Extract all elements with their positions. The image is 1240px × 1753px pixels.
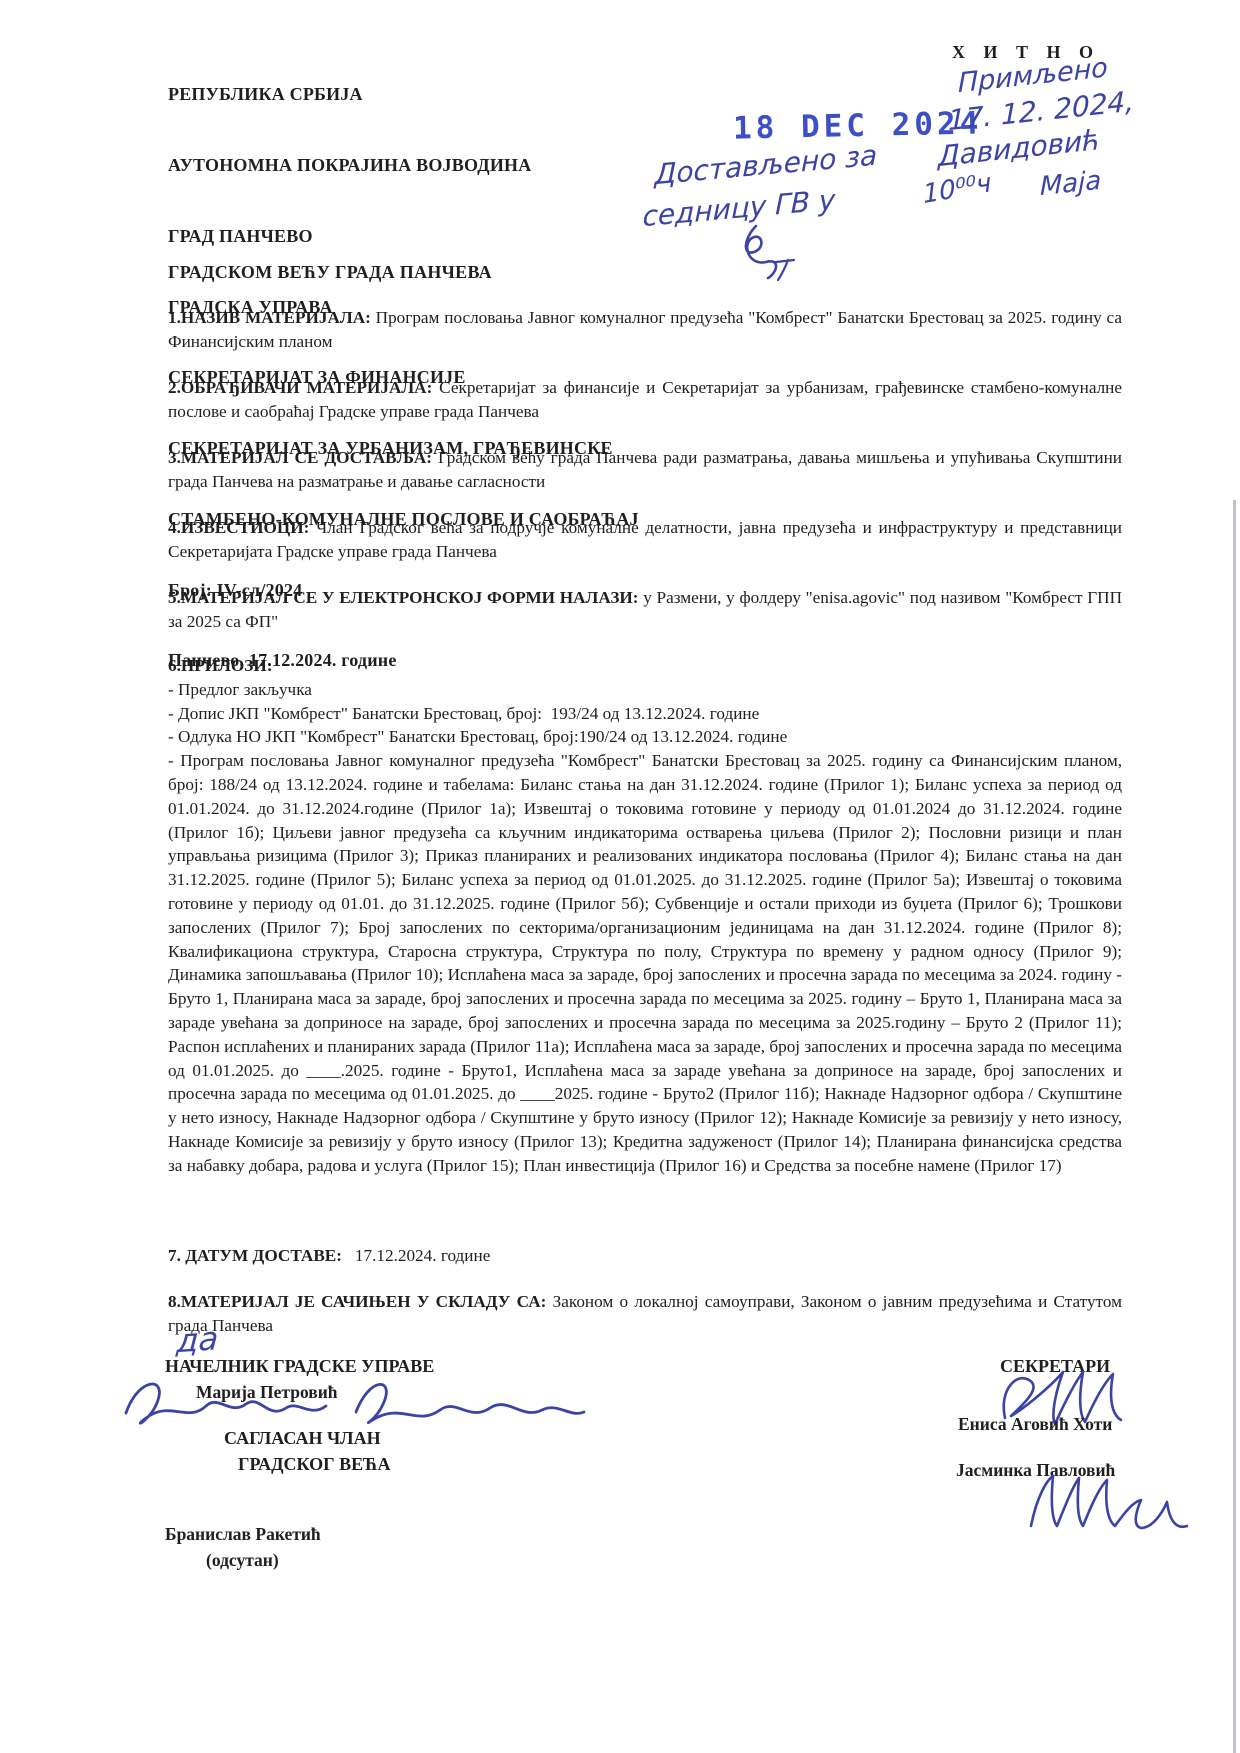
letterhead-line: ГРАД ПАНЧЕВО bbox=[168, 225, 639, 249]
section-7-text: 17.12.2024. године bbox=[342, 1246, 490, 1265]
section-5-label: 5.МАТЕРИЈАЛ СЕ У ЕЛЕКТРОНСКОЈ ФОРМИ НАЛА… bbox=[168, 588, 639, 607]
section-7: 7. ДАТУМ ДОСТАВЕ: 17.12.2024. године bbox=[168, 1244, 1122, 1268]
section-7-label: 7. ДАТУМ ДОСТАВЕ: bbox=[168, 1246, 342, 1265]
section-8-label: 8.МАТЕРИЈАЛ ЈЕ САЧИЊЕН У СКЛАДУ СА: bbox=[168, 1292, 546, 1311]
section-2-label: 2.ОБРАЂИВАЧИ МАТЕРИЈАЛА: bbox=[168, 378, 432, 397]
handwritten-delivered-time: 10⁰⁰ч bbox=[922, 168, 992, 210]
section-6-label: 6.ПРИЛОЗИ: bbox=[168, 654, 1122, 678]
section-5: 5.МАТЕРИЈАЛ СЕ У ЕЛЕКТРОНСКОЈ ФОРМИ НАЛА… bbox=[168, 586, 1122, 634]
secretary1-name: Ениса Аговић Хоти bbox=[958, 1414, 1112, 1435]
handwritten-received-name: Маја bbox=[1040, 166, 1101, 203]
attachment-item: - Одлука НО ЈКП "Комбрест" Банатски Брес… bbox=[168, 725, 1122, 749]
handwritten-delivered-line1: Достављено за bbox=[654, 139, 877, 192]
agree-member-line1: САГЛАСАН ЧЛАН bbox=[224, 1428, 381, 1449]
council-member-name: Бранислав Ракетић bbox=[165, 1524, 321, 1545]
section-4-text: Члан Градског већа за подручје комуналне… bbox=[168, 518, 1122, 561]
attachment-item: - Предлог закључка bbox=[168, 678, 1122, 702]
section-8: 8.МАТЕРИЈАЛ ЈЕ САЧИЊЕН У СКЛАДУ СА: Зако… bbox=[168, 1290, 1122, 1338]
section-4: 4.ИЗВЕСТИОЦИ: Члан Градског већа за подр… bbox=[168, 516, 1122, 564]
section-3: 3.МАТЕРИЈАЛ СЕ ДОСТАВЉА: Градском већу г… bbox=[168, 446, 1122, 494]
scan-edge-shadow bbox=[1233, 500, 1236, 1753]
attachment-list: - Предлог закључка - Допис ЈКП "Комбрест… bbox=[168, 678, 1122, 749]
delivery-note-signature bbox=[718, 222, 828, 282]
attachment-paragraph: - Програм пословања Јавног комуналног пр… bbox=[168, 749, 1122, 1177]
section-2: 2.ОБРАЂИВАЧИ МАТЕРИЈАЛА: Секретаријат за… bbox=[168, 376, 1122, 424]
letterhead-line: РЕПУБЛИКА СРБИЈА bbox=[168, 83, 639, 107]
council-member-absent-note: (одсутан) bbox=[206, 1550, 279, 1571]
letterhead-line: АУТОНОМНА ПОКРАЈИНА ВОЈВОДИНА bbox=[168, 154, 639, 178]
scanned-document-page: РЕПУБЛИКА СРБИЈА АУТОНОМНА ПОКРАЈИНА ВОЈ… bbox=[0, 0, 1240, 1753]
recipient-line: ГРАДСКОМ ВЕЋУ ГРАДА ПАНЧЕВА bbox=[168, 262, 492, 283]
section-3-label: 3.МАТЕРИЈАЛ СЕ ДОСТАВЉА: bbox=[168, 448, 432, 467]
attachment-item: - Допис ЈКП "Комбрест" Банатски Брестова… bbox=[168, 702, 1122, 726]
handwritten-da-note: да bbox=[175, 1319, 219, 1360]
section-4-label: 4.ИЗВЕСТИОЦИ: bbox=[168, 518, 309, 537]
section-1-label: 1.НАЗИВ МАТЕРИЈАЛА: bbox=[168, 308, 371, 327]
agree-member-line2: ГРАДСКОГ ВЕЋА bbox=[238, 1454, 391, 1475]
section-1: 1.НАЗИВ МАТЕРИЈАЛА: Програм пословања Ја… bbox=[168, 306, 1122, 354]
secretary2-signature bbox=[1015, 1462, 1215, 1552]
section-6: 6.ПРИЛОЗИ: - Предлог закључка - Допис ЈК… bbox=[168, 654, 1122, 1178]
